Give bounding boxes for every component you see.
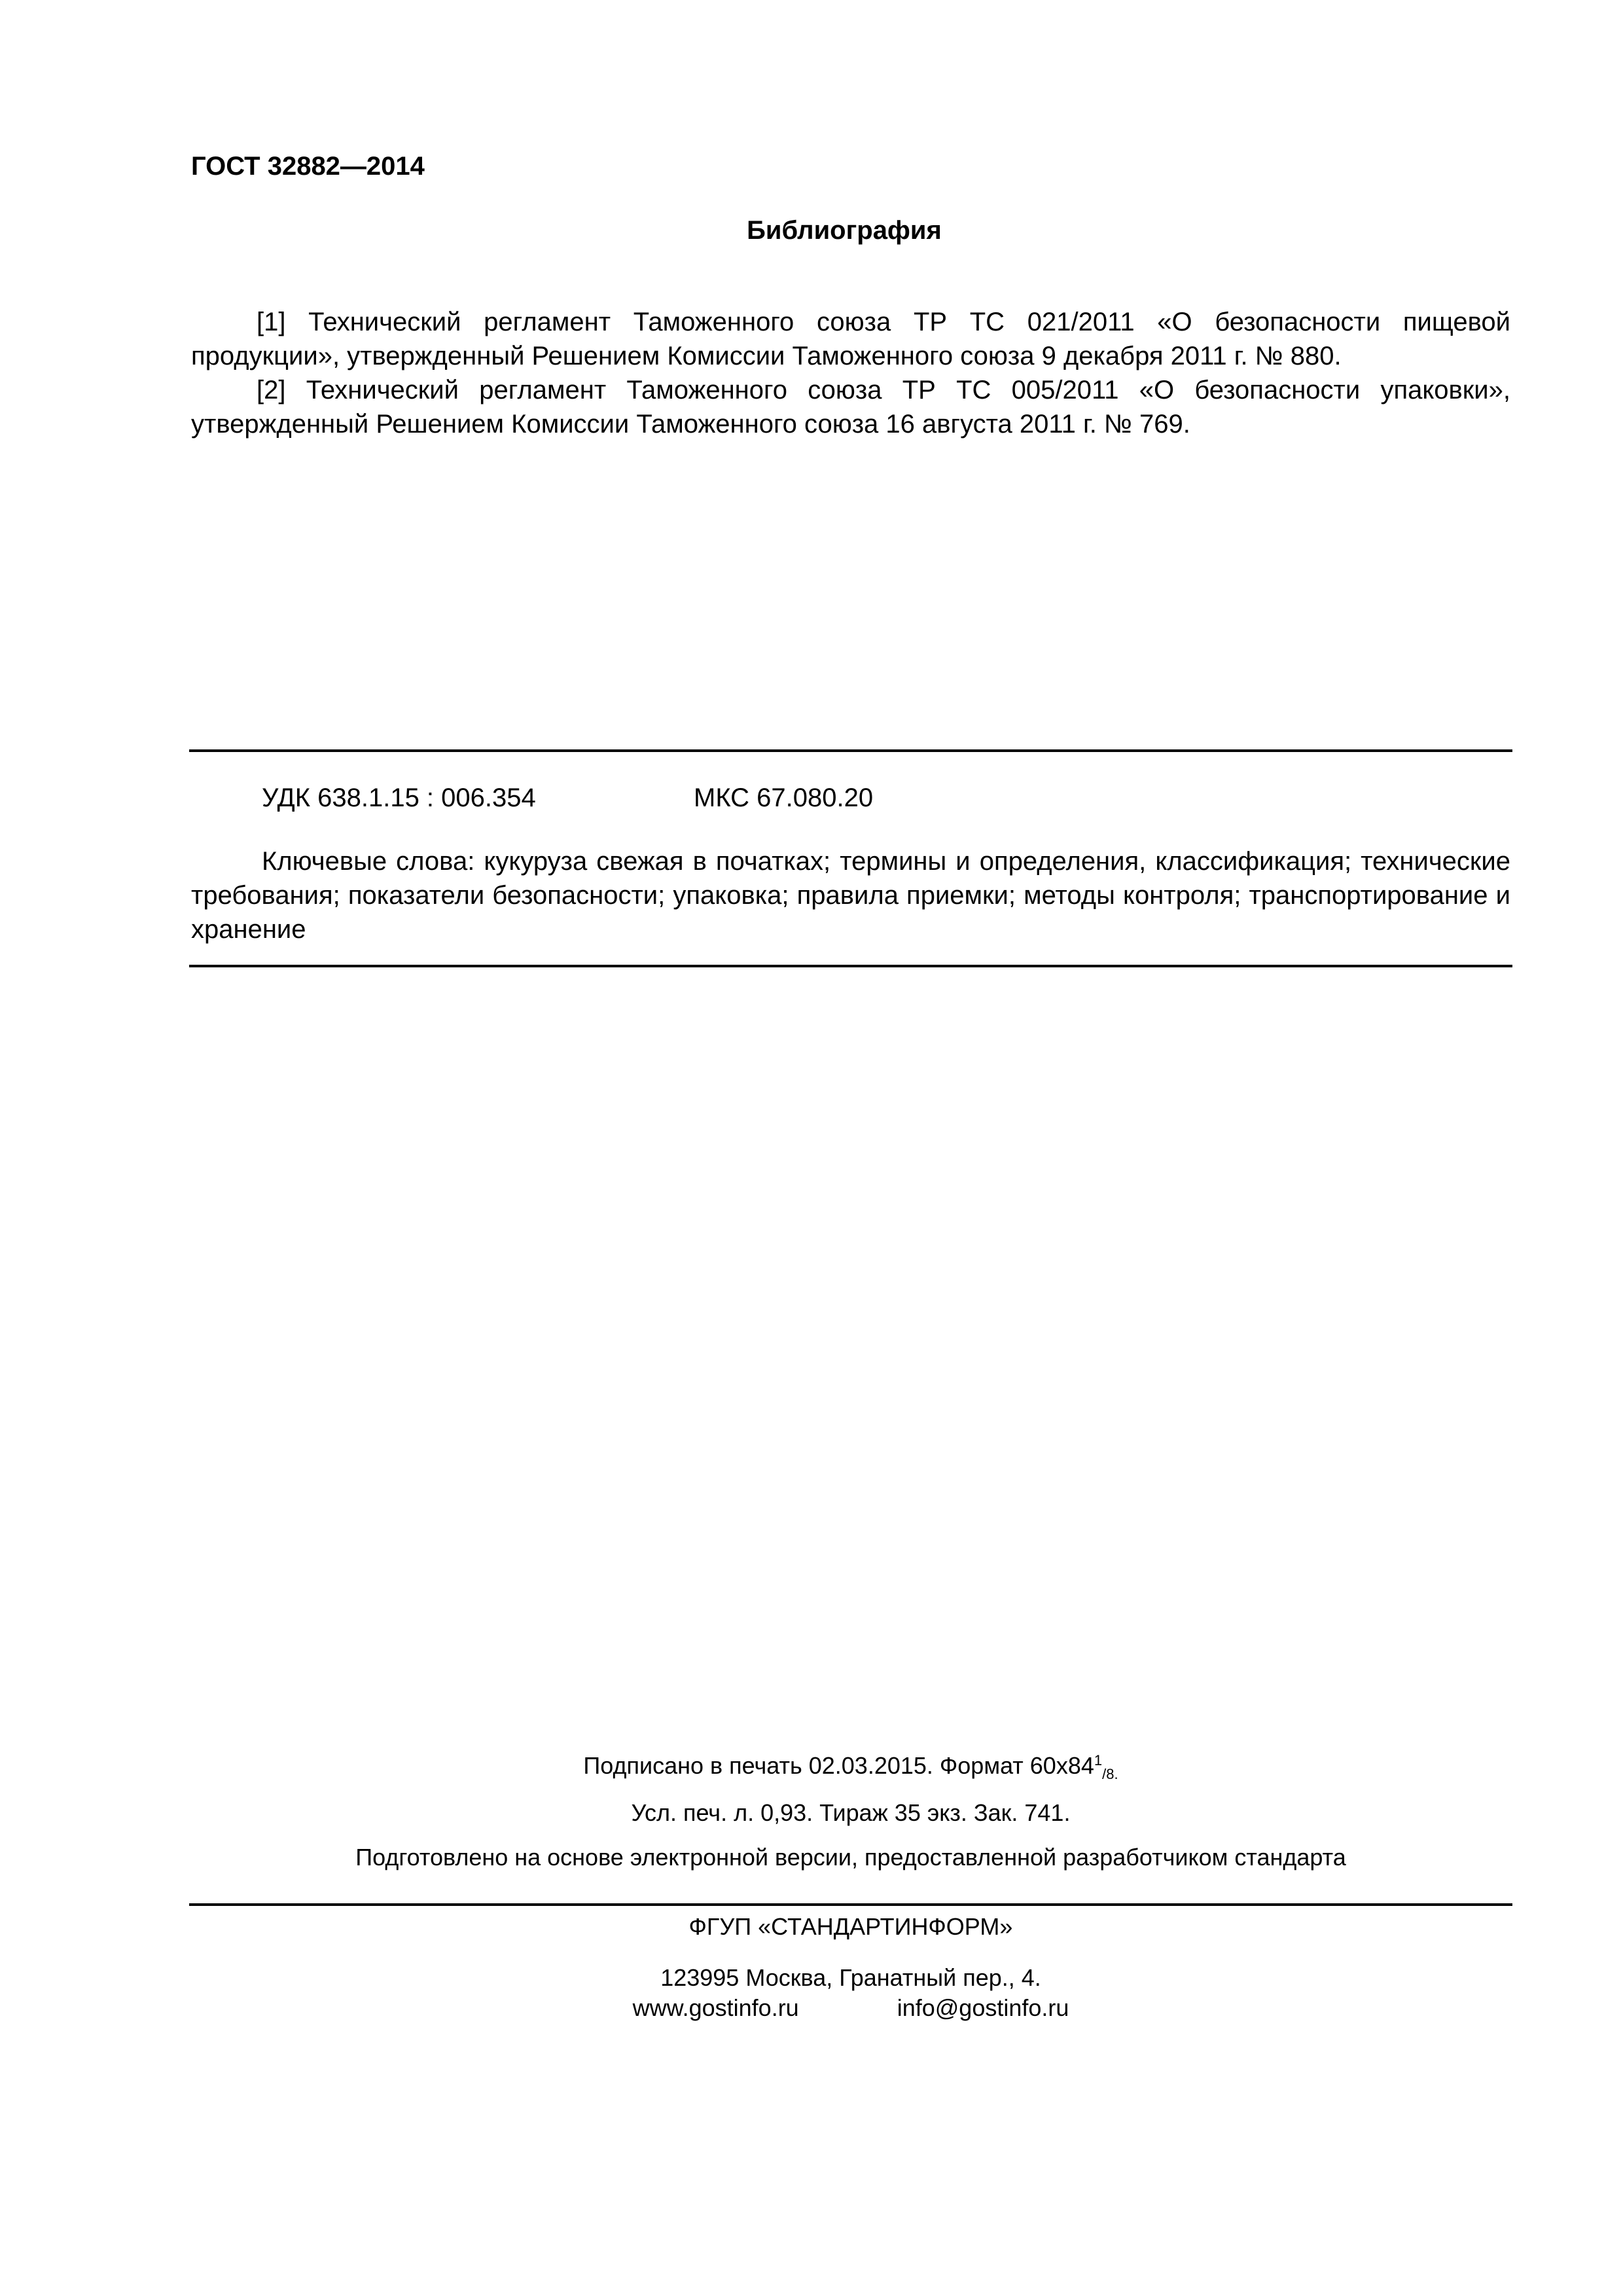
format-subscript: /8. xyxy=(1102,1766,1118,1782)
document-number: ГОСТ 32882—2014 xyxy=(191,152,425,181)
divider-bottom xyxy=(189,1903,1512,1906)
mks-code: МКС 67.080.20 xyxy=(694,781,873,815)
keywords-text: Ключевые слова: кукуруза свежая в початк… xyxy=(191,847,1510,944)
bibliography-entry-text: [2] Технический регламент Таможенного со… xyxy=(191,376,1510,439)
publisher-address: 123995 Москва, Гранатный пер., 4. xyxy=(189,1964,1512,1992)
prepared-note: Подготовлено на основе электронной верси… xyxy=(189,1843,1512,1872)
bibliography-entry-1: [1] Технический регламент Таможенного со… xyxy=(191,305,1510,373)
signed-text: Подписано в печать 02.03.2015. Формат 60… xyxy=(583,1752,1094,1779)
bibliography-entry-2: [2] Технический регламент Таможенного со… xyxy=(191,373,1510,441)
print-details: Усл. печ. л. 0,93. Тираж 35 экз. Зак. 74… xyxy=(189,1799,1512,1827)
format-superscript: 1 xyxy=(1094,1752,1102,1768)
section-title-bibliography: Библиография xyxy=(0,216,1623,245)
udk-code: УДК 638.1.15 : 006.354 xyxy=(262,781,536,815)
website-link[interactable]: www.gostinfo.ru xyxy=(633,1994,799,2022)
publisher-name: ФГУП «СТАНДАРТИНФОРМ» xyxy=(189,1912,1512,1941)
bibliography-entry-text: [1] Технический регламент Таможенного со… xyxy=(191,308,1510,370)
divider-top xyxy=(189,749,1512,752)
signed-for-print: Подписано в печать 02.03.2015. Формат 60… xyxy=(189,1751,1512,1780)
keywords-paragraph: Ключевые слова: кукуруза свежая в початк… xyxy=(191,844,1510,946)
divider-middle xyxy=(189,965,1512,967)
email-link[interactable]: info@gostinfo.ru xyxy=(897,1994,1069,2022)
contact-row: www.gostinfo.ruinfo@gostinfo.ru xyxy=(189,1994,1512,2022)
